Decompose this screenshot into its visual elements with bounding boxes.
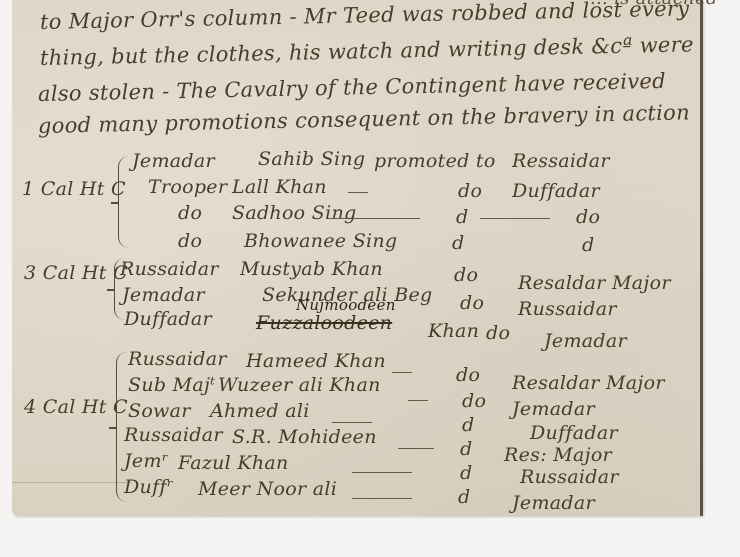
group3-entry5-rank: Jemʳ bbox=[124, 450, 169, 472]
group3-entry2-rank: Sub Majᵗ bbox=[128, 374, 215, 396]
leader-dash bbox=[348, 192, 368, 193]
group1-entry3-connector: d bbox=[456, 206, 468, 228]
group1-entry1-name: Sahib Sing bbox=[258, 148, 365, 170]
group2-entry1-rank: Russaidar bbox=[120, 258, 219, 280]
group3-entry6-rank: Duffʳ bbox=[124, 476, 174, 498]
leader-dash bbox=[330, 218, 420, 219]
group2-entry3-new-rank: Jemadar bbox=[544, 330, 627, 352]
leader-dash bbox=[480, 218, 550, 219]
group3-entry5-connector: d bbox=[460, 462, 472, 484]
leader-dash bbox=[398, 448, 434, 449]
group3-entry1-name: Hameed Khan bbox=[246, 350, 386, 372]
group2-entry3-connector: do bbox=[486, 322, 510, 344]
group3-entry3-connector: d bbox=[462, 414, 474, 436]
group3-entry5-new-rank: Russaidar bbox=[520, 466, 619, 488]
group1-entry2-new-rank: Duffadar bbox=[512, 180, 600, 202]
group1-entry4-name: Bhowanee Sing bbox=[244, 230, 397, 252]
regiment-label-2: 3 Cal Ht C bbox=[24, 262, 128, 284]
group1-entry3-rank: do bbox=[178, 202, 202, 224]
group3-entry4-new-rank: Res: Major bbox=[504, 444, 612, 466]
group3-entry2-name: Wuzeer ali Khan bbox=[218, 374, 381, 396]
group1-entry1-new-rank: Ressaidar bbox=[512, 150, 610, 172]
group2-entry2-rank: Jemadar bbox=[122, 284, 205, 306]
group2-entry1-new-rank: Resaldar Major bbox=[518, 272, 671, 294]
group3-entry4-rank: Russaidar bbox=[124, 424, 223, 446]
paper-fold-line bbox=[12, 482, 132, 483]
group2-entry3-name-inserted: Nujmoodeen bbox=[296, 296, 396, 314]
group2-entry3-name-struck: Fuzzaloodeen bbox=[256, 312, 392, 334]
group1-entry2-rank: Trooper bbox=[148, 176, 227, 198]
group1-entry3-new-rank: do bbox=[576, 206, 600, 228]
leader-dash bbox=[332, 422, 372, 423]
group1-entry2-name: Lall Khan bbox=[232, 176, 327, 198]
group3-entry6-new-rank: Jemadar bbox=[512, 492, 595, 514]
leader-dash bbox=[408, 400, 428, 401]
group3-entry6-name: Meer Noor ali bbox=[198, 478, 337, 500]
group3-entry4-name: S.R. Mohideen bbox=[232, 426, 377, 448]
group3-entry1-new-rank: Resaldar Major bbox=[512, 372, 665, 394]
group3-entry1-rank: Russaidar bbox=[128, 348, 227, 370]
group3-entry5-name: Fazul Khan bbox=[178, 452, 289, 474]
group1-entry4-new-rank: d bbox=[582, 234, 594, 256]
leader-dash bbox=[352, 472, 412, 473]
group1-entry4-connector: d bbox=[452, 232, 464, 254]
group1-entry1-connector: promoted to bbox=[374, 150, 496, 172]
group3-entry3-new-rank: Duffadar bbox=[530, 422, 618, 444]
group1-entry1-rank: Jemadar bbox=[132, 150, 215, 172]
group3-entry1-connector: do bbox=[456, 364, 480, 386]
group3-entry6-connector: d bbox=[458, 486, 470, 508]
group2-entry3-rank: Duffadar bbox=[124, 308, 212, 330]
group1-entry3-name: Sadhoo Sing bbox=[232, 202, 356, 224]
group1-entry2-connector: do bbox=[458, 180, 482, 202]
leader-dash bbox=[392, 372, 412, 373]
group2-entry2-new-rank: Russaidar bbox=[518, 298, 617, 320]
group3-entry3-rank: Sowar bbox=[128, 400, 191, 422]
regiment-label-1: 1 Cal Ht C bbox=[22, 178, 126, 200]
group2-entry1-connector: do bbox=[454, 264, 478, 286]
group3-entry2-new-rank: Jemadar bbox=[512, 398, 595, 420]
group3-entry4-connector: d bbox=[460, 438, 472, 460]
regiment-label-3: 4 Cal Ht C bbox=[24, 396, 128, 418]
group2-entry2-connector: do bbox=[460, 292, 484, 314]
group-brace-1 bbox=[118, 156, 129, 248]
group1-entry4-rank: do bbox=[178, 230, 202, 252]
group2-entry3-name-suffix: Khan bbox=[428, 320, 479, 342]
group3-entry3-name: Ahmed ali bbox=[210, 400, 310, 422]
group3-entry2-connector: do bbox=[462, 390, 486, 412]
leader-dash bbox=[352, 498, 412, 499]
group2-entry1-name: Mustyab Khan bbox=[240, 258, 383, 280]
